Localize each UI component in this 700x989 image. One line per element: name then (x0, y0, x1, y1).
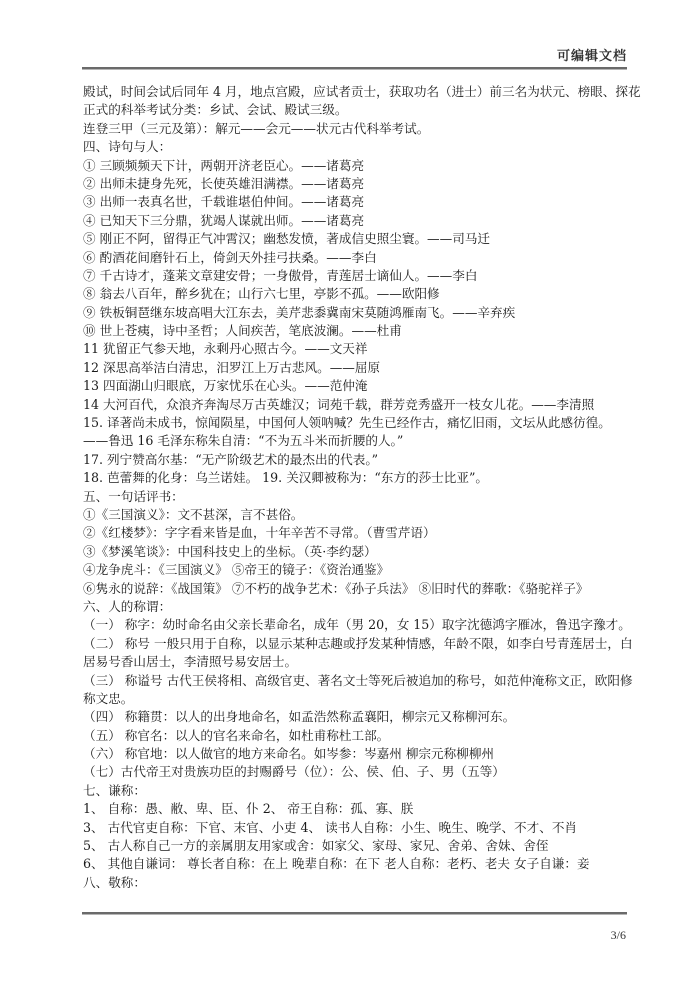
text-line: ①《三国演义》：文不甚深，言不甚俗。 (83, 506, 631, 524)
text-line: 称文忠。 (83, 690, 631, 708)
text-line: 6、 其他自谦词： 尊长者自称：在上 晚辈自称：在下 老人自称：老朽、老夫 女子… (83, 855, 631, 873)
page-header-title: 可编辑文档 (557, 45, 627, 64)
text-line: ⑩ 世上苍痍，诗中圣哲；人间疾苦，笔底波澜。——杜甫 (83, 322, 631, 340)
text-line: ⑧ 翁去八百年，醉乡犹在；山行六七里，亭影不孤。——欧阳修 (83, 285, 631, 303)
page-number: 3/6 (611, 928, 626, 943)
text-line: ——鲁迅 16 毛泽东称朱自清：“不为五斗米而折腰的人。” (83, 432, 631, 450)
text-line: 殿试，时间会试后同年 4 月，地点宫殿，应试者贡士，获取功名（进士）前三名为状元… (83, 83, 631, 101)
section-heading: 七、谦称： (83, 782, 631, 800)
text-line: （三） 称谥号 古代王侯将相、高级官吏、著名文士等死后被追加的称号，如范仲淹称文… (83, 672, 631, 690)
text-line: 18. 芭蕾舞的化身：乌兰诺娃。 19. 关汉卿被称为：“东方的莎士比亚”。 (83, 469, 631, 487)
text-line: （五） 称官名：以人的官名来命名，如杜甫称杜工部。 (83, 727, 631, 745)
section-heading: 四、诗句与人： (83, 138, 631, 156)
text-line: ⑦ 千古诗才，蓬莱文章建安骨；一身傲骨，青莲居士谪仙人。——李白 (83, 267, 631, 285)
text-line: ⑥隽永的说辞：《战国策》 ⑦不朽的战争艺术：《孙子兵法》 ⑧旧时代的葬歌：《骆驼… (83, 580, 631, 598)
text-line: 连登三甲（三元及第）：解元——会元——状元古代科举考试。 (83, 120, 631, 138)
text-line: ① 三顾频频天下计，两朝开济老臣心。——诸葛亮 (83, 157, 631, 175)
section-heading: 五、一句话评书： (83, 488, 631, 506)
text-line: ⑨ 铁板铜琶继东坡高唱大江东去，美芹悲黍冀南宋莫随鸿雁南飞。——辛弃疾 (83, 304, 631, 322)
section-heading: 八、敬称： (83, 874, 631, 892)
text-line: （六） 称官地：以人做官的地方来命名。如岑参：岑嘉州 柳宗元称柳柳州 (83, 745, 631, 763)
document-body: 殿试，时间会试后同年 4 月，地点宫殿，应试者贡士，获取功名（进士）前三名为状元… (83, 83, 631, 892)
text-line: ④龙争虎斗：《三国演义》 ⑤帝王的镜子：《资治通鉴》 (83, 561, 631, 579)
text-line: 14 大河百代，众浪齐奔淘尽万古英雄汉；词苑千载，群芳竞秀盛开一枝女儿花。——李… (83, 396, 631, 414)
text-line: ④ 已知天下三分鼎，犹竭人谋就出师。——诸葛亮 (83, 212, 631, 230)
text-line: ②《红楼梦》：字字看来皆是血，十年辛苦不寻常。（曹雪芹语） (83, 524, 631, 542)
text-line: 1、 自称：愚、敝、卑、臣、仆 2、 帝王自称：孤、寡、朕 (83, 800, 631, 818)
text-line: （七）古代帝王对贵族功臣的封赐爵号（位）：公、侯、伯、子、男（五等） (83, 763, 631, 781)
text-line: 3、 古代官吏自称：下官、末官、小吏 4、 读书人自称：小生、晚生、晚学、不才、… (83, 819, 631, 837)
text-line: ② 出师未捷身先死，长使英雄泪满襟。——诸葛亮 (83, 175, 631, 193)
header-divider (82, 67, 627, 70)
text-line: 15. 译著尚未成书，惊闻陨星，中国何人领呐喊？先生已经作古，痛忆旧雨，文坛从此… (83, 414, 631, 432)
text-line: 12 深思高举洁白清忠，汨罗江上万古悲风。——屈原 (83, 359, 631, 377)
text-line: ⑥ 酌酒花间磨针石上，倚剑天外挂弓扶桑。——李白 (83, 249, 631, 267)
text-line: 11 犹留正气参天地，永剩丹心照古今。——文天祥 (83, 340, 631, 358)
text-line: （四） 称籍贯：以人的出身地命名，如孟浩然称孟襄阳，柳宗元又称柳河东。 (83, 708, 631, 726)
footer-divider (82, 912, 627, 915)
text-line: 居易号香山居士，李清照号易安居士。 (83, 653, 631, 671)
text-line: （一） 称字：幼时命名由父亲长辈命名，成年（男 20，女 15）取字沈德鸿字雁冰… (83, 616, 631, 634)
text-line: （二） 称号 一般只用于自称，以显示某种志趣或抒发某种情感，年龄不限，如李白号青… (83, 635, 631, 653)
text-line: 13 四面湖山归眼底，万家忧乐在心头。——范仲淹 (83, 377, 631, 395)
text-line: 5、 古人称自己一方的亲属朋友用家或舍：如家父、家母、家兄、舍弟、舍妹、舍侄 (83, 837, 631, 855)
text-line: ⑤ 刚正不阿，留得正气冲霄汉；幽愁发愤，著成信史照尘寰。——司马迁 (83, 230, 631, 248)
text-line: ③ 出师一表真名世，千载谁堪伯仲间。——诸葛亮 (83, 193, 631, 211)
text-line: 17. 列宁赞高尔基：“无产阶级艺术的最杰出的代表。” (83, 451, 631, 469)
text-line: 正式的科举考试分类：乡试、会试、殿试三级。 (83, 101, 631, 119)
text-line: ③《梦溪笔谈》：中国科技史上的坐标。（英·李约瑟） (83, 543, 631, 561)
section-heading: 六、人的称谓： (83, 598, 631, 616)
